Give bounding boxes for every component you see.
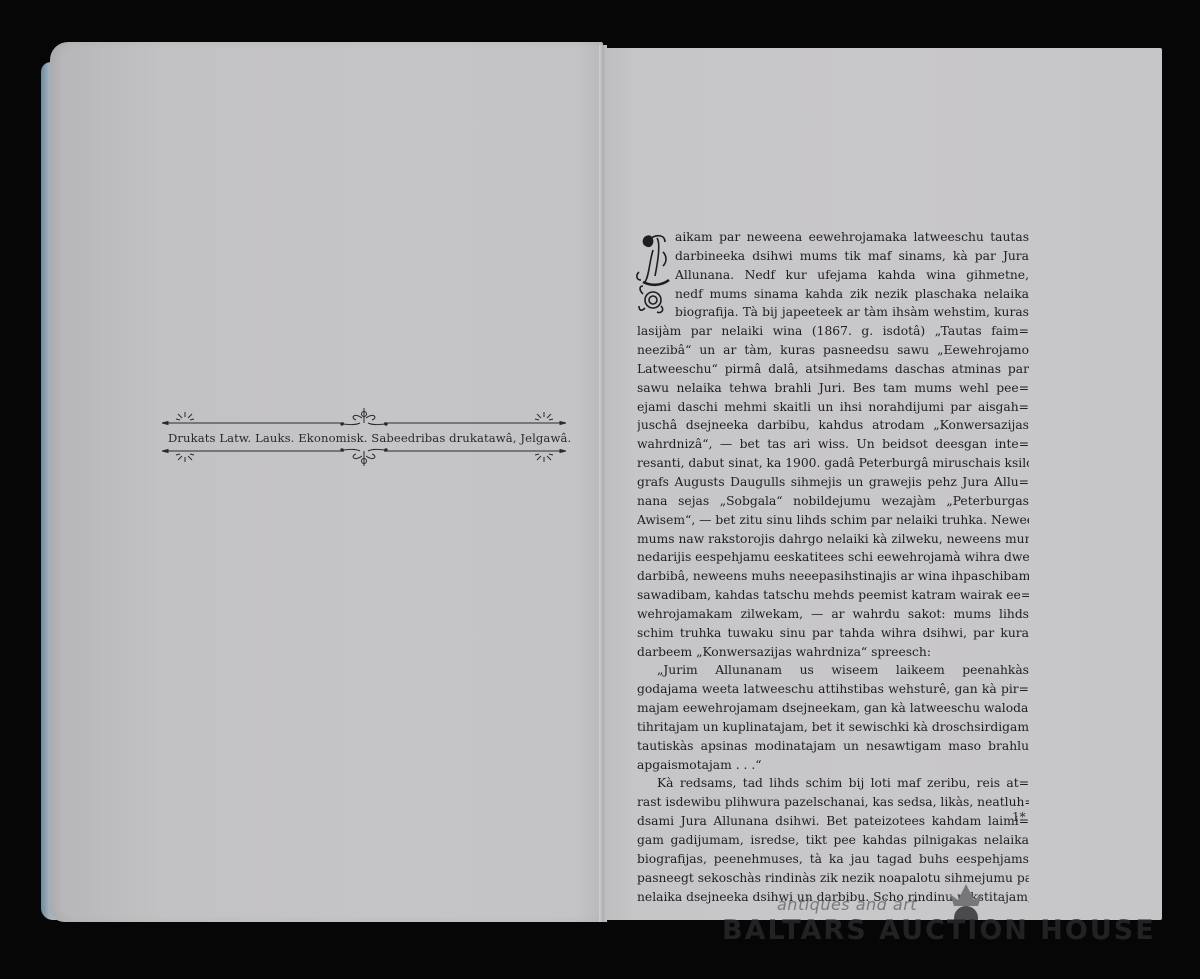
text-line: resanti, dabut sinat, ka 1900. gadâ Pete… (637, 454, 1029, 473)
text-line: Awisem“, — bet zitu sinu lihds schim par… (637, 511, 1029, 530)
text-line: darbeem „Konwersazijas wahrdniza“ sprees… (637, 643, 1029, 662)
text-line: juschâ dsejneeka darbibu, kahdus atrodam… (637, 416, 1029, 435)
open-book: Drukats Latw. Lauks. Ekonomisk. Sabeedri… (0, 0, 1200, 979)
text-line: sawadibam, kahdas tatschu mehds peemist … (637, 586, 1029, 605)
printer-imprint: Drukats Latw. Lauks. Ekonomisk. Sabeedri… (162, 406, 566, 468)
body-text: L aikam par neweena eewehrojamaka latwee… (637, 228, 1029, 906)
crown-logo-icon (948, 880, 984, 920)
book-gutter (599, 45, 607, 922)
left-page (50, 42, 603, 922)
text-line: dsami Jura Allunana dsihwi. Bet pateizot… (637, 812, 1029, 831)
text-line: lasijàm par nelaiki wina (1867. g. isdot… (637, 322, 1029, 341)
ornamental-drop-cap-icon: L (635, 230, 673, 316)
text-line: Latweeschu“ pirmâ dalâ, atsihmedams dasc… (637, 360, 1029, 379)
text-line: gam gadijumam, isredse, tikt pee kahdas … (637, 831, 1029, 850)
text-line: darbibâ, neweens muhs neeepasihstinajis … (637, 567, 1029, 586)
text-line: aikam par neweena eewehrojamaka latweesc… (637, 228, 1029, 247)
text-line: rast isdewibu plihwura pazelschanai, kas… (637, 793, 1029, 812)
text-line: wahrdnizâ“, — bet tas ari wiss. Un beids… (637, 435, 1029, 454)
text-line: schim truhka tuwaku sinu par tahda wihra… (637, 624, 1029, 643)
imprint-text: Drukats Latw. Lauks. Ekonomisk. Sabeedri… (168, 431, 562, 445)
text-line: sawu nelaika tehwa brahli Juri. Bes tam … (637, 379, 1029, 398)
text-line: grafs Augusts Daugulls sihmejis un grawe… (637, 473, 1029, 492)
watermark-tagline: antiques and art (777, 895, 917, 914)
quote-line: tautiskàs apsinas modinatajam un nesawti… (637, 737, 1029, 756)
text-line: Kà redsams, tad lihds schim bij loti maf… (637, 774, 1029, 793)
text-line: nana sejas „Sobgala“ nobildejumu wezajàm… (637, 492, 1029, 511)
quote-line: tihritajam un kuplinatajam, bet it sewis… (637, 718, 1029, 737)
quote-line: „Jurim Allunanam us wiseem laikeem peena… (637, 661, 1029, 680)
text-line: biografijas, peenehmuses, tà ka jau taga… (637, 850, 1029, 869)
quote-line: apgaismotajam . . .“ (637, 756, 1029, 775)
text-line: neezibâ“ un ar tàm, kuras pasneedsu sawu… (637, 341, 1029, 360)
text-line: darbineeka dsihwi mums tik maf sinams, k… (637, 247, 1029, 266)
text-line: wehrojamakam zilwekam, — ar wahrdu sakot… (637, 605, 1029, 624)
text-line: biografija. Tà bij japeeteek ar tàm ihsà… (637, 303, 1029, 322)
text-line: Allunana. Nedf kur ufejama kahda wina gi… (637, 266, 1029, 285)
quote-line: majam eewehrojamam dsejneekam, gan kà la… (637, 699, 1029, 718)
watermark-brand: BALTARS AUCTION HOUSE (722, 915, 1156, 946)
text-line: nedarijis eespehjamu eeskatitees schi ee… (637, 548, 1029, 567)
text-line: ejami daschi mehmi skaitli un ihsi norah… (637, 398, 1029, 417)
text-line: nedf mums sinama kahda zik nezik plascha… (637, 285, 1029, 304)
quote-line: godajama weeta latweeschu attihstibas we… (637, 680, 1029, 699)
page-number: 1* (1012, 810, 1026, 824)
text-line: mums naw rakstorojis dahrgo nelaiki kà z… (637, 530, 1029, 549)
